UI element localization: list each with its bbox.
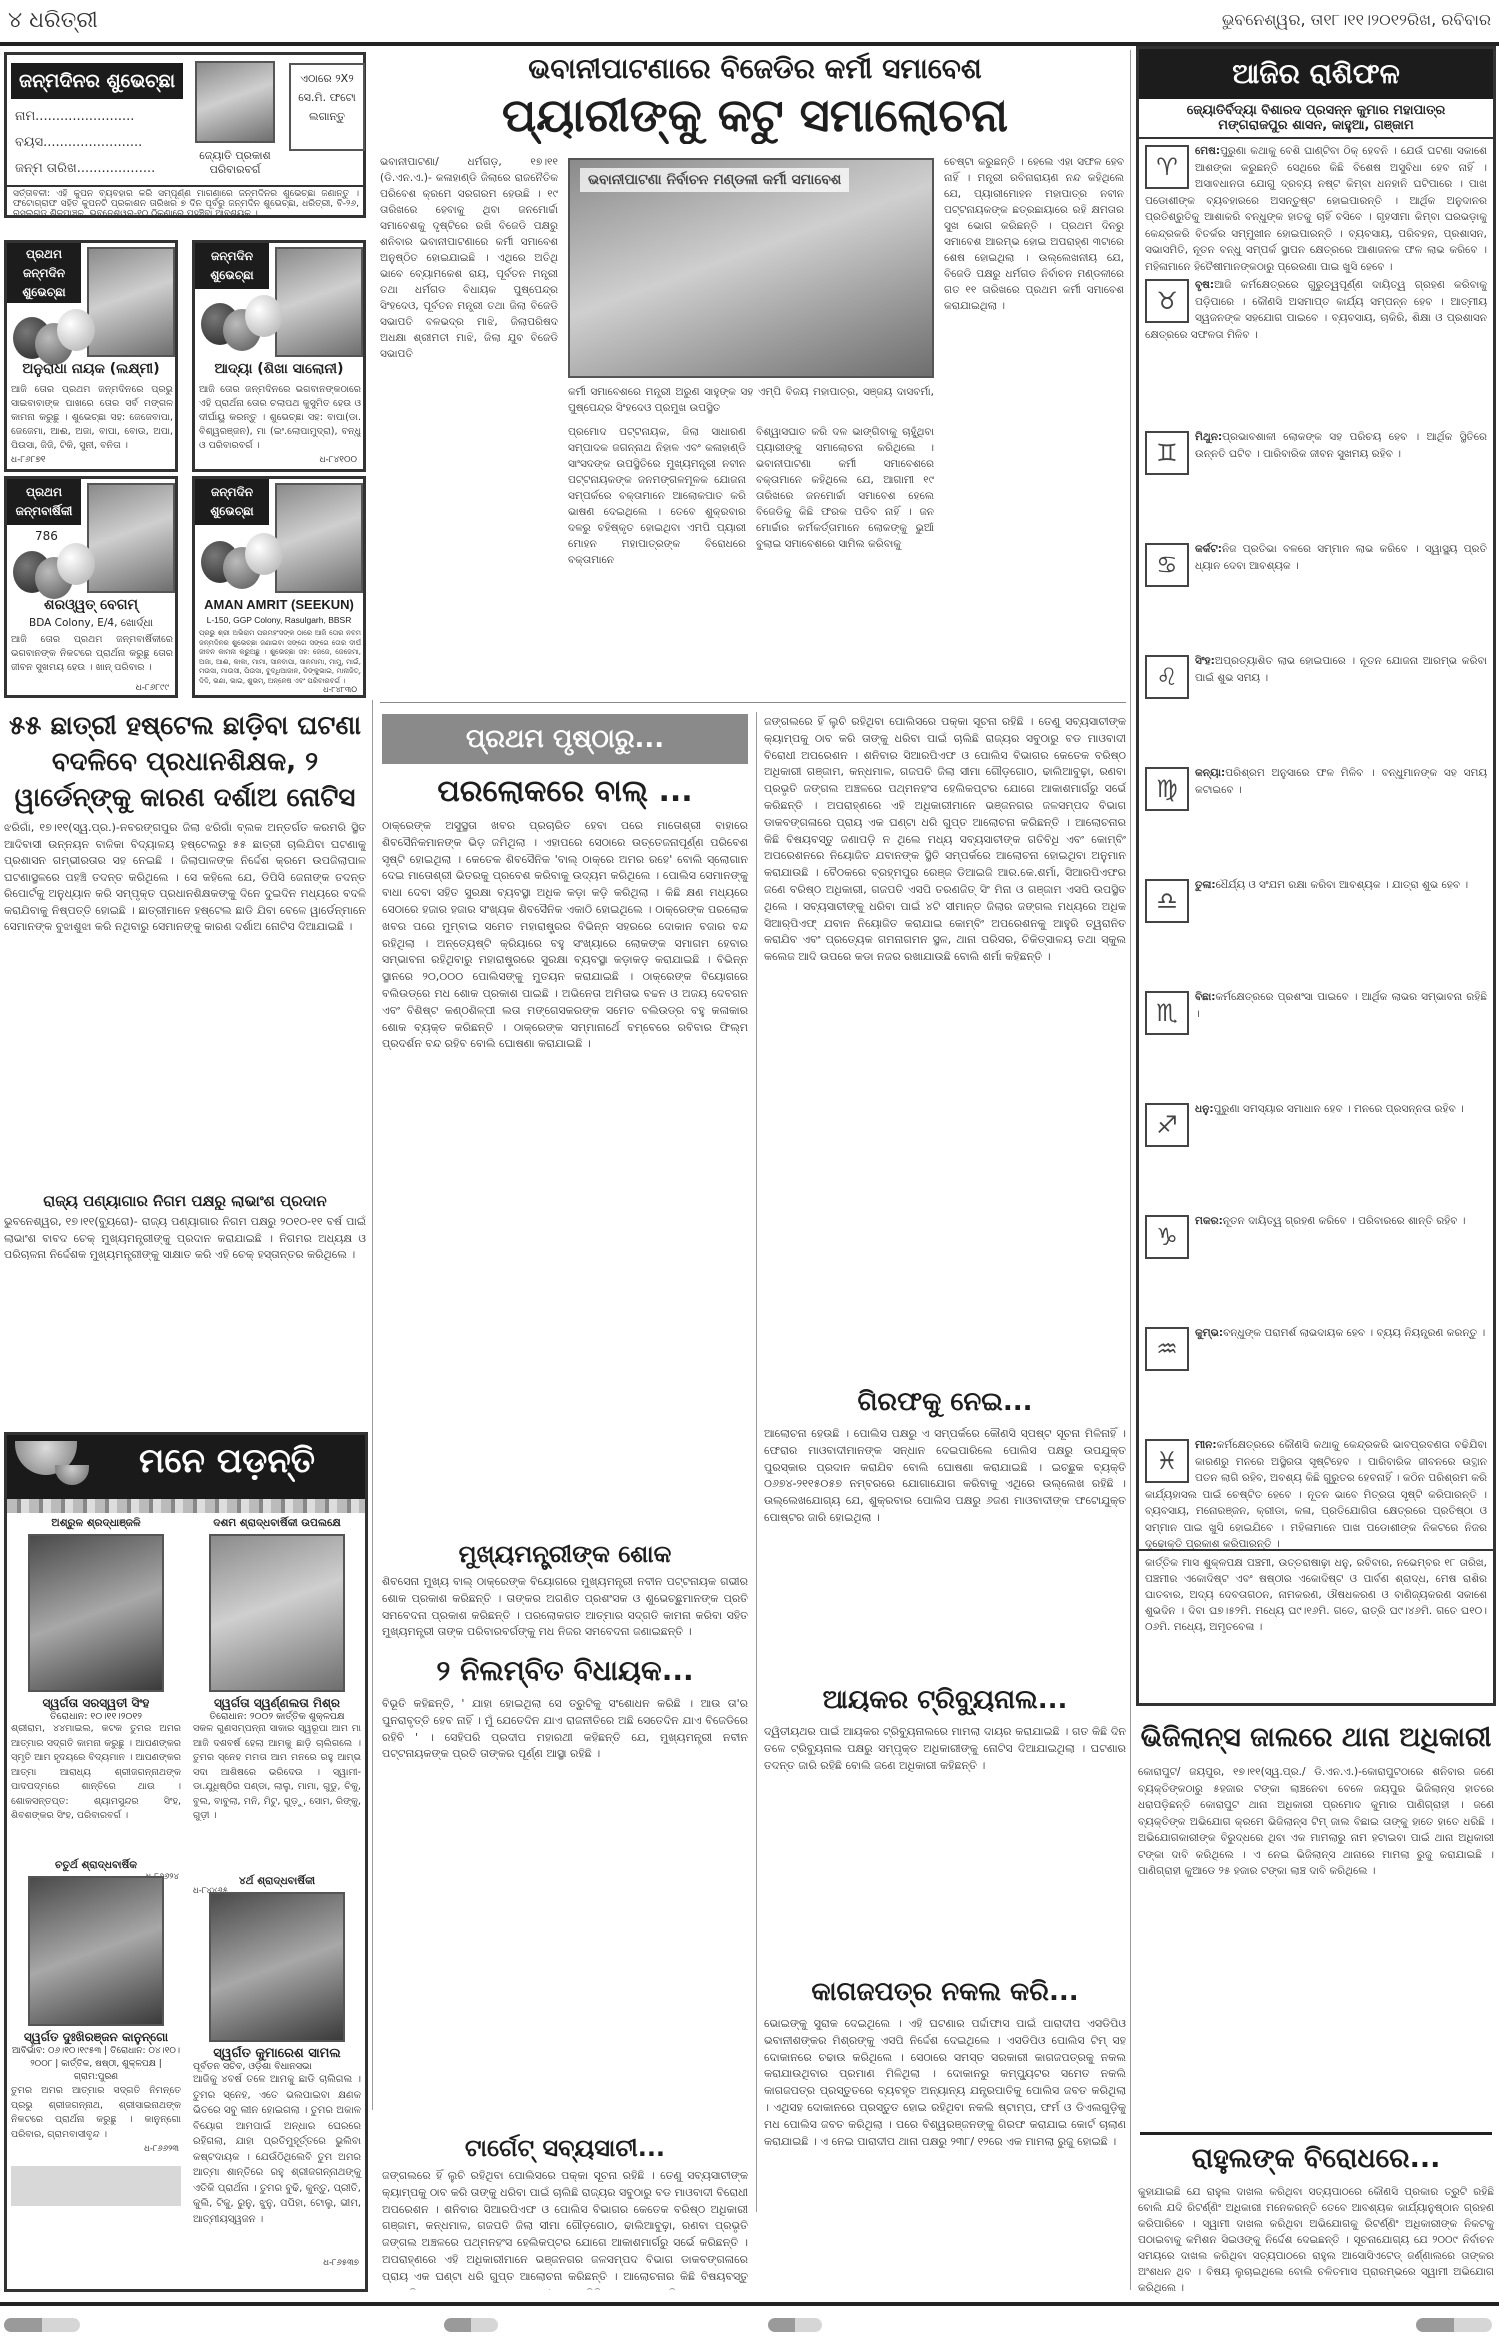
arrest-body: ଆଲୋଚନା ହେଉଛି । ପୋଲିସ ପକ୍ଷରୁ ଏ ସମ୍ପର୍କରେ … <box>764 1426 1126 1680</box>
panchang: କାର୍ତ୍ତିକ ମାସ ଶୁକ୍ଳପକ୍ଷ ପଞ୍ଚମୀ, ଉତ୍ତରାଷା… <box>1139 1549 1493 1661</box>
field-name: ନାମ........................ <box>15 109 134 124</box>
column-rule <box>372 700 373 2110</box>
obituary-photo <box>28 1534 164 1692</box>
field-dob: ଜନ୍ମ ତାରିଖ................... <box>15 161 155 176</box>
obituary-4: ୪ର୍ଥ ଶ୍ରାଦ୍ଧବାର୍ଷିକୀ ସ୍ୱର୍ଗତ କୁମାରେଶ ସାମ… <box>189 1875 365 2268</box>
greeting-card-4: ଜନ୍ମଦିନ ଶୁଭେଚ୍ଛା AMAN AMRIT (SEEKUN) L-1… <box>192 476 366 698</box>
mla-headline: ୨ ନିଲମ୍ବିତ ବିଧାୟକ... <box>382 1650 748 1692</box>
target-headline: ଟାର୍ଗେଟ୍ ସବ୍ୟସାଚୀ... <box>382 2130 748 2166</box>
greeting-name: ଶରଓ୍ୱତ୍ ବେଗମ୍ <box>7 597 175 613</box>
obituaries-panel: ମନେ ପଡ଼ନ୍ତି ଅଶ୍ରୁଳ ଶ୍ରଦ୍ଧାଞ୍ଜଳି ସ୍ୱର୍ଗତା… <box>4 1432 368 2292</box>
vigilance-body: କୋରାପୁଟ/ ଜୟପୁର, ୧୭।୧୧(ସ୍ୱ.ପ୍ର./ ଡି.ଏନ.ଏ.… <box>1138 1764 1494 2128</box>
column-rule <box>1130 50 1131 2290</box>
lead-col-1: ଭବାନୀପାଟଣା/ ଧର୍ମଗଡ଼, ୧୭।୧୧ (ଡି.ଏନ.ଏ.)- କ… <box>380 154 558 694</box>
lead-headline: ପ୍ୟାରୀଙ୍କୁ କଟୁ ସମାଲୋଚନା <box>380 86 1130 144</box>
greeting-name: AMAN AMRIT (SEEKUN) <box>195 597 363 612</box>
greeting-message: ଆଜି ତୋର ପ୍ରଥମ ଜନ୍ମବାର୍ଷିକୀରେ ଭଗବାନଙ୍କ ନି… <box>11 633 173 689</box>
obituary-name: ସ୍ୱର୍ଗତ କୁମାରେଶ ସାମଲ <box>189 2046 365 2061</box>
greeting-card-3: ପ୍ରଥମ ଜନ୍ମବାର୍ଷିକୀ 786 ଶରଓ୍ୱତ୍ ବେଗମ୍ BDA… <box>4 476 178 698</box>
rahul-body: କୁହାଯାଇଛି ଯେ ରାହୁଲ ଦାଖଲ କରିଥିବା ସତ୍ୟପାଠର… <box>1138 2184 1494 2298</box>
greeting-message: ଆଜି ତୋର ପ୍ରଥମ ଜନ୍ମଦିନରେ ପ୍ରଭୁ ସାଇବାବାଙ୍କ… <box>11 383 173 453</box>
page-scroll-indicator[interactable] <box>768 2318 822 2332</box>
greeting-badge: ଜନ୍ମଦିନ ଶୁଭେଚ୍ଛା <box>195 243 269 289</box>
greeting-message: ଆଜି ତୋର ଜନ୍ମଦିନରେ ଭଗବାନଙ୍କଠାରେ ଏହି ପ୍ରାର… <box>199 383 361 453</box>
cm-body: ଶିବସେନା ମୁଖ୍ୟ ବାଲ୍ ଠାକ୍ରେଙ୍କ ବିୟୋଗରେ ମୁଖ… <box>382 1574 748 1640</box>
ad-code: ଧ-୮୬୮୯୯ <box>136 683 169 693</box>
coupon-terms: ସର୍ତ୍ତାବଳୀ: ଏହି କୁପନ ବ୍ୟବହାର କରି ସମ୍ପୂର୍… <box>13 189 359 217</box>
photo-banner: ଭବାନୀପାଟଣା ନିର୍ବାଚନ ମଣ୍ଡଳୀ କର୍ମୀ ସମାବେଶ <box>580 168 849 192</box>
greeting-address: L-150, GGP Colony, Rasulgarh, BBSR <box>195 615 363 625</box>
page-scroll-indicator[interactable] <box>4 2318 80 2332</box>
balloons-icon <box>201 295 291 365</box>
aquarius-icon: ♒ <box>1145 1327 1189 1371</box>
lead-col-3: ବିଶ୍ୱାସଘାତ କରି ଦଳ ଭାଙ୍ଗିବାକୁ ଚାହୁଁଥିବା ପ… <box>756 424 934 692</box>
lead-kicker: ଭବାନୀପାଟଣାରେ ବିଜେଡିର କର୍ମୀ ସମାବେଶ <box>380 50 1130 88</box>
rashi-bichha: ♏ବିଛା:କର୍ମକ୍ଷେତ୍ରରେ ପ୍ରଶଂସା ପାଇବେ । ଆର୍ଥ… <box>1145 989 1487 1099</box>
tribunal-body: ଦ୍ୱିତୀୟଥର ପାଇଁ ଆୟକର ଟ୍ରିବ୍ୟୁନାଲରେ ମାମଲା … <box>764 1724 1126 1972</box>
greeting-address: BDA Colony, E/4, ଖୋର୍ଦ୍ଧା <box>7 617 175 630</box>
lead-photo: ଭବାନୀପାଟଣା ନିର୍ବାଚନ ମଣ୍ଡଳୀ କର୍ମୀ ସମାବେଶ <box>568 158 934 378</box>
rahul-headline: ରାହୁଲଙ୍କ ବିରୋଧରେ... <box>1136 2138 1496 2180</box>
obituary-body: ଆଜିକୁ ୪ବର୍ଷ ତଳେ ଆମକୁ ଛାଡି ଚାଲିଗଲ । ତୁମର … <box>189 2072 365 2258</box>
hostel-headline-1: ୫୫ ଛାତ୍ରୀ ହଷ୍ଟେଲ ଛାଡ଼ିବା ଘଟଣା <box>4 708 366 744</box>
gemini-icon: ♊ <box>1145 431 1189 475</box>
obituary-name: ସ୍ୱର୍ଗତ ଦୁଃଖିରଞ୍ଜନ କାନୁନ୍‌ଗୋ <box>7 2030 185 2045</box>
greeting-message: ପ୍ରଭୁ ଶ୍ରୀ ଅଭିରାମ ପରମହଂସଙ୍କ ଠାରେ ଆଜି ତୋର… <box>199 629 361 685</box>
page-masthead: ୪ ଧରିତ୍ରୀ ଭୁବନେଶ୍ୱର, ତା୧୮।୧୧।୨୦୧୨ରିଖ, ରବ… <box>0 0 1499 46</box>
scorpio-icon: ♏ <box>1145 991 1189 1035</box>
rashi-karkata: ♋କର୍କଟ:ନିଜ ପ୍ରତିଭା ବଳରେ ସମ୍ମାନ ଲାଭ କରିବେ… <box>1145 541 1487 651</box>
virgo-icon: ♍ <box>1145 767 1189 811</box>
ad-code: ଧ-୮୪୮୩୦ <box>323 685 357 695</box>
rashifal-list: ♈ମେଷ:ପୁରୁଣା କଥାକୁ ବେଶି ଘାଣ୍ଟିବା ଠିକ୍ ହେବ… <box>1139 139 1493 1549</box>
field-age: ବୟସ........................ <box>15 135 142 150</box>
greeting-card-1: ପ୍ରଥମ ଜନ୍ମଦିନ ଶୁଭେଚ୍ଛା ଅନୁରାଧା ନାୟକ (ଲକ୍… <box>4 240 178 472</box>
lead-col-4: ଚେଷ୍ଟା କରୁଛନ୍ତି । ହେଲେ ଏହା ସଫଳ ହେବ ନାହିଁ… <box>944 154 1124 694</box>
obituary-photo <box>28 1876 164 2026</box>
obituary-name: ସ୍ୱର୍ଗତା ସ୍ୱର୍ଣ୍ଣଲତା ମିଶ୍ର <box>189 1696 365 1711</box>
vigilance-headline: ଭିଜିଲାନ୍ସ ଜାଲରେ ଥାନା ଅଧିକାରୀ <box>1136 1716 1496 1760</box>
greeting-badge: ଜନ୍ମଦିନ ଶୁଭେଚ୍ଛା <box>195 479 269 525</box>
tribunal-headline: ଆୟକର ଟ୍ରିବ୍ୟୁନାଲ... <box>764 1680 1126 1720</box>
cancer-icon: ♋ <box>1145 543 1189 587</box>
hostel-headline-3: ୱାର୍ଡେନ୍‌ଙ୍କୁ କାରଣ ଦର୍ଶାଅ ନୋଟିସ <box>4 780 366 816</box>
greeting-extra: 786 <box>35 529 58 543</box>
birthday-coupon: ଜନ୍ମଦିନର ଶୁଭେଚ୍ଛା ନାମ...................… <box>4 52 366 218</box>
rashi-mesha: ♈ମେଷ:ପୁରୁଣା କଥାକୁ ବେଶି ଘାଣ୍ଟିବା ଠିକ୍ ହେବ… <box>1145 143 1487 275</box>
rashi-tula: ♎ତୁଳା:ଧୈର୍ଯ୍ୟ ଓ ସଂଯମ ରକ୍ଷା କରିବା ଆବଶ୍ୟକ … <box>1145 877 1487 987</box>
forgery-body: ଭୋଇଙ୍କୁ ସୁରାକ ଦେଇଥିଲେ । ଏହି ଘଟଣାର ପର୍ଦ୍ଦ… <box>764 2016 1126 2290</box>
rashifal-title: ଆଜିର ରାଶିଫଳ <box>1139 49 1493 99</box>
ad-code: ଧ-୮୪୧୦୦ <box>319 455 357 465</box>
rashifal-place: ମଙ୍ଗରାଜପୁର ଶାସନ, କାହୁଆ, ଗଞ୍ଜାମ <box>1139 118 1493 139</box>
greeting-badge: ପ୍ରଥମ ଜନ୍ମବାର୍ଷିକୀ <box>7 479 81 525</box>
pisces-icon: ♓ <box>1145 1439 1189 1483</box>
photo-caption: କର୍ମୀ ସମାବେଶରେ ମନ୍ତ୍ରୀ ଅରୁଣ ସାହୁଙ୍କ ସହ ଏ… <box>568 384 934 418</box>
lead-col-2: ପ୍ରମୋଦ ପଟ୍ଟନାୟକ, ଜିଲା ସାଧାରଣ ସମ୍ପାଦକ ଜଗନ… <box>568 424 746 692</box>
photo-slot: ଏଠାରେ ୨X୨ ସେ.ମି. ଫଟୋ ଲଗାନ୍ତୁ <box>289 63 365 151</box>
obituary-1: ଅଶ୍ରୁଳ ଶ୍ରଦ୍ଧାଞ୍ଜଳି ସ୍ୱର୍ଗତା ସରସ୍ୱତୀ ସିଂ… <box>7 1517 185 1882</box>
cm-headline: ମୁଖ୍ୟମନ୍ତ୍ରୀଙ୍କ ଶୋକ <box>382 1536 748 1572</box>
thackeray-headline: ପରଲୋକରେ ବାଲ୍ ... <box>382 770 748 814</box>
taurus-icon: ♉ <box>1145 279 1189 323</box>
aries-icon: ♈ <box>1145 145 1189 189</box>
forgery-headline: କାଗଜପତ୍ର ନକଲ କରି... <box>764 1972 1126 2012</box>
target-body-continued: ଜଙ୍ଗଲରେ ହିଁ ଲୁଚି ରହିଥିବା ପୋଲିସରେ ପକ୍କା ସ… <box>764 714 1126 1380</box>
obituaries-banner: ମନେ ପଡ଼ନ୍ତି <box>7 1435 365 1499</box>
sagittarius-icon: ♐ <box>1145 1103 1189 1147</box>
rashi-brisha: ♉ବୃଷ:ଆଜି କର୍ମକ୍ଷେତ୍ରରେ ଗୁରୁତ୍ୱପୂର୍ଣ୍ଣ ଦା… <box>1145 277 1487 427</box>
mla-body: ବିଭୂତି କହିଛନ୍ତି, ' ଯାହା ହୋଇଥିଲା ସେ ତ୍ରୁଟ… <box>382 1696 748 2136</box>
obituary-body: ଶ୍ରୀରାମ, ୪୪ମାଇଲ, କଟକ ତୁମର ଅମର ଆତ୍ମାର ସଦ୍… <box>7 1722 185 1872</box>
warehouse-headline: ରାଜ୍ୟ ପଣ୍ୟାଗାର ନିଗମ ପକ୍ଷରୁ ଲାଭାଂଶ ପ୍ରଦାନ <box>4 1192 366 1210</box>
hostel-story: ୫୫ ଛାତ୍ରୀ ହଷ୍ଟେଲ ଛାଡ଼ିବା ଘଟଣା ବଦଳିବେ ପ୍ର… <box>4 708 366 1412</box>
hostel-body: ଝରିଗାଁ, ୧୭।୧୧(ସ୍ୱ.ପ୍ର.)-ନବରଙ୍ଗପୁର ଜିଲା ଝ… <box>4 820 366 1186</box>
coupon-title: ଜନ୍ମଦିନର ଶୁଭେଚ୍ଛା <box>11 63 183 99</box>
greeting-name: ଆଦ୍ୟା (ଶିଖା ସାଲୋନୀ) <box>195 361 363 377</box>
obituary-3: ଚତୁର୍ଥ ଶ୍ରାଦ୍ଧବାର୍ଷିକ ସ୍ୱର୍ଗତ ଦୁଃଖିରଞ୍ଜନ… <box>7 1859 185 2206</box>
obituary-body: ସକଳ ଗୁଣସମ୍ପନ୍ନା ସାକାର ସ୍ୱରୂପା ଆମ ମା ଆଜି … <box>189 1722 365 1886</box>
page-scroll-indicator[interactable] <box>444 2318 498 2332</box>
page-label: ୪ ଧରିତ୍ରୀ <box>8 8 98 33</box>
rashi-meena: ♓ମୀନ:କର୍ମକ୍ଷେତ୍ରରେ କୌଣସି କଥାକୁ କେନ୍ଦ୍ରକର… <box>1145 1437 1487 1549</box>
obituary-body: ତୁମର ଅମର ଆତ୍ମାର ସଦ୍‌ଗତି ନିମନ୍ତେ ପ୍ରଭୁ ଶ୍… <box>7 2084 185 2144</box>
blank-ad-slot <box>11 2166 181 2206</box>
page-scroll-indicator[interactable] <box>1416 2318 1492 2332</box>
obituary-photo <box>209 1892 345 2042</box>
ad-code: ଧ-୮୬୮୭୧ <box>11 455 46 465</box>
hostel-headline-2: ବଦଳିବେ ପ୍ରଧାନଶିକ୍ଷକ, ୨ <box>4 744 366 780</box>
arrest-headline: ଗିରଫକୁ ନେଇ... <box>764 1382 1126 1422</box>
obituaries-title: ମନେ ପଡ଼ନ୍ତି <box>97 1441 357 1481</box>
obituary-name: ସ୍ୱର୍ଗତା ସରସ୍ୱତୀ ସିଂହ <box>7 1696 185 1711</box>
greeting-name: ଅନୁରାଧା ନାୟକ (ଲକ୍ଷ୍ମୀ) <box>7 361 175 377</box>
rashi-makara: ♑ମକର:ନୂତନ ଦାୟିତ୍ୱ ଗ୍ରହଣ କରିବେ । ପରିବାରରେ… <box>1145 1213 1487 1323</box>
thackeray-body: ଠାକ୍ରେଙ୍କ ଅସୁସ୍ଥତା ଖବର ପ୍ରଚାରିତ ହେବା ପରେ… <box>382 818 748 1540</box>
capricorn-icon: ♑ <box>1145 1215 1189 1259</box>
balloons-icon <box>201 533 291 603</box>
rashifal-author: ଜ୍ୟୋତିର୍ବିଦ୍ୟା ବିଶାରଦ ପ୍ରସନ୍ନ କୁମାର ମହାପ… <box>1139 99 1493 118</box>
flower-border <box>7 1499 365 1513</box>
footer-rule <box>0 2302 1499 2306</box>
libra-icon: ♎ <box>1145 879 1189 923</box>
leo-icon: ♌ <box>1145 655 1189 699</box>
front-page-tab: ପ୍ରଥମ ପୃଷ୍ଠାରୁ... <box>382 714 748 764</box>
rashi-dhanu: ♐ଧନୁ:ପୁରୁଣା ସମସ୍ୟାର ସମାଧାନ ହେବ । ମନରେ ପ୍… <box>1145 1101 1487 1211</box>
column-rule <box>756 712 757 2212</box>
obituary-2: ଦଶମ ଶ୍ରାଦ୍ଧବାର୍ଷିକୀ ଉପଲକ୍ଷେ ସ୍ୱର୍ଗତା ସ୍ୱ… <box>189 1517 365 1896</box>
rashi-kanya: ♍କନ୍ୟା:ପରିଶ୍ରମ ଅନୁସାରେ ଫଳ ମିଳିବ । ବନ୍ଧୁମ… <box>1145 765 1487 875</box>
rashi-simha: ♌ସିଂହ:ଅପ୍ରତ୍ୟାଶିତ ଲାଭ ହୋଇପାରେ । ନୂତନ ଯୋଜ… <box>1145 653 1487 763</box>
obituary-photo <box>209 1534 345 1692</box>
greeting-card-2: ଜନ୍ମଦିନ ଶୁଭେଚ୍ଛା ଆଦ୍ୟା (ଶିଖା ସାଲୋନୀ) ଆଜି… <box>192 240 366 472</box>
section-divider <box>380 702 1126 703</box>
story-divider <box>1140 2132 1492 2135</box>
lamp-icon <box>55 1465 89 1485</box>
rashifal-panel: ଆଜିର ରାଶିଫଳ ଜ୍ୟୋତିର୍ବିଦ୍ୟା ବିଶାରଦ ପ୍ରସନ୍… <box>1136 46 1496 1706</box>
sample-name: ଜ୍ୟୋତି ପ୍ରକାଶପରିବାରବର୍ଗ <box>187 149 283 177</box>
rashi-kumbha: ♒କୁମ୍ଭ:ବନ୍ଧୁଙ୍କ ପରାମର୍ଶ ଲାଭଦାୟକ ହେବ । ବ୍… <box>1145 1325 1487 1435</box>
warehouse-body: ଭୁବନେଶ୍ୱର, ୧୭।୧୧(ବ୍ୟୁରୋ)- ରାଜ୍ୟ ପଣ୍ୟାଗାର… <box>4 1214 366 1384</box>
rashi-mithuna: ♊ମିଥୁନ:ପ୍ରଭାବଶାଳୀ ଲୋକଙ୍କ ସହ ପରିଚୟ ହେବ । … <box>1145 429 1487 539</box>
greeting-badge: ପ୍ରଥମ ଜନ୍ମଦିନ ଶୁଭେଚ୍ଛା <box>7 243 81 303</box>
target-body: ଜଙ୍ଗଲରେ ହିଁ ଲୁଚି ରହିଥିବା ପୋଲିସରେ ପକ୍କା ସ… <box>382 2168 748 2290</box>
dateline: ଭୁବନେଶ୍ୱର, ତା୧୮।୧୧।୨୦୧୨ରିଖ, ରବିବାର <box>1222 10 1491 30</box>
sample-photo <box>195 61 275 143</box>
